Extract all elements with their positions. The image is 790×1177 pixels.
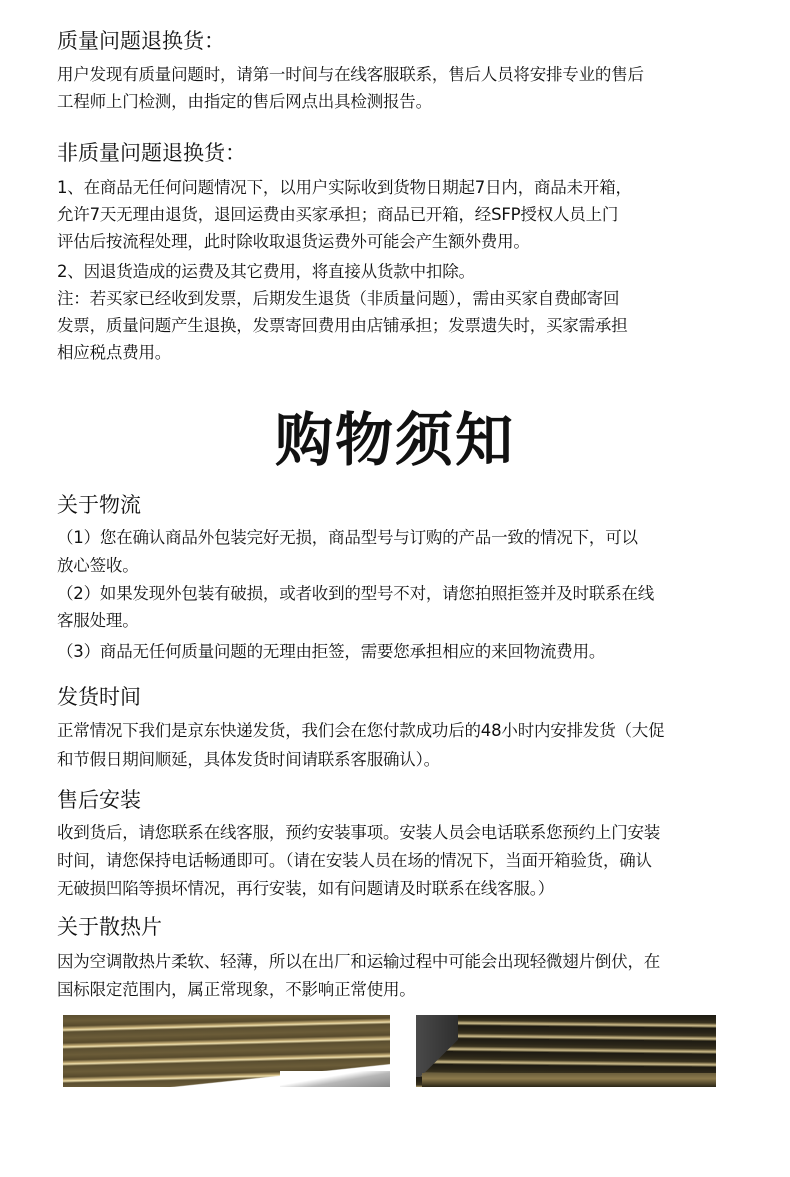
non-quality-return-line-2: 允许7天无理由退货，退回运费由买家承担；商品已开箱，经SFP授权人员上门 xyxy=(57,201,618,228)
logistics-line-5: （3）商品无任何质量问题的无理由拒签，需要您承担相应的来回物流费用。 xyxy=(57,638,605,665)
non-quality-return-line-4: 2、因退货造成的运费及其它费用，将直接从货款中扣除。 xyxy=(57,258,475,285)
quality-return-text-line-1: 用户发现有质量问题时，请第一时间与在线客服联系，售后人员将安排专业的售后 xyxy=(57,61,644,88)
heat-sink-line-2: 国标限定范围内，属正常现象，不影响正常使用。 xyxy=(57,976,416,1003)
heat-sink-fins-photo-2 xyxy=(416,1015,716,1087)
heat-sink-line-1: 因为空调散热片柔软、轻薄，所以在出厂和运输过程中可能会出现轻微翅片倒伏，在 xyxy=(57,948,660,975)
heat-sink-heading: 关于散热片 xyxy=(57,913,162,941)
non-quality-return-note-line-2: 发票，质量问题产生退换，发票寄回费用由店铺承担；发票遗失时，买家需承担 xyxy=(57,312,628,339)
shipping-time-line-2: 和节假日期间顺延，具体发货时间请联系客服确认）。 xyxy=(57,746,440,773)
logistics-line-3: （2）如果发现外包装有破损，或者收到的型号不对，请您拍照拒签并及时联系在线 xyxy=(57,580,654,607)
logistics-line-2: 放心签收。 xyxy=(57,552,139,579)
non-quality-return-note-line-3: 相应税点费用。 xyxy=(57,339,171,366)
heat-sink-fins-photo-1 xyxy=(63,1015,390,1087)
shipping-time-heading: 发货时间 xyxy=(57,683,141,711)
non-quality-return-line-1: 1、在商品无任何问题情况下，以用户实际收到货物日期起7日内，商品未开箱， xyxy=(57,174,632,201)
quality-return-heading: 质量问题退换货： xyxy=(57,27,225,55)
non-quality-return-note-line-1: 注：若买家已经收到发票，后期发生退货（非质量问题），需由买家自费邮寄回 xyxy=(57,285,619,312)
logistics-line-1: （1）您在确认商品外包装完好无损，商品型号与订购的产品一致的情况下，可以 xyxy=(57,524,638,551)
photo-fin-edge xyxy=(422,1073,716,1087)
shipping-time-line-1: 正常情况下我们是京东快递发货，我们会在您付款成功后的48小时内安排发货（大促 xyxy=(57,717,664,744)
shopping-notice-title: 购物须知 xyxy=(0,405,790,475)
installation-line-3: 无破损凹陷等损坏情况，再行安装，如有问题请及时联系在线客服。） xyxy=(57,875,554,902)
installation-heading: 售后安装 xyxy=(57,786,141,814)
non-quality-return-line-3: 评估后按流程处理，此时除收取退货运费外可能会产生额外费用。 xyxy=(57,228,530,255)
quality-return-text-line-2: 工程师上门检测，由指定的售后网点出具检测报告。 xyxy=(57,88,432,115)
photo-wall-shadow xyxy=(416,1015,458,1077)
non-quality-return-heading: 非质量问题退换货： xyxy=(57,139,246,167)
installation-line-2: 时间，请您保持电话畅通即可。（请在安装人员在场的情况下，当面开箱验货，确认 xyxy=(57,847,652,874)
installation-line-1: 收到货后，请您联系在线客服，预约安装事项。安装人员会电话联系您预约上门安装 xyxy=(57,819,660,846)
logistics-heading: 关于物流 xyxy=(57,491,141,519)
logistics-line-4: 客服处理。 xyxy=(57,607,139,634)
